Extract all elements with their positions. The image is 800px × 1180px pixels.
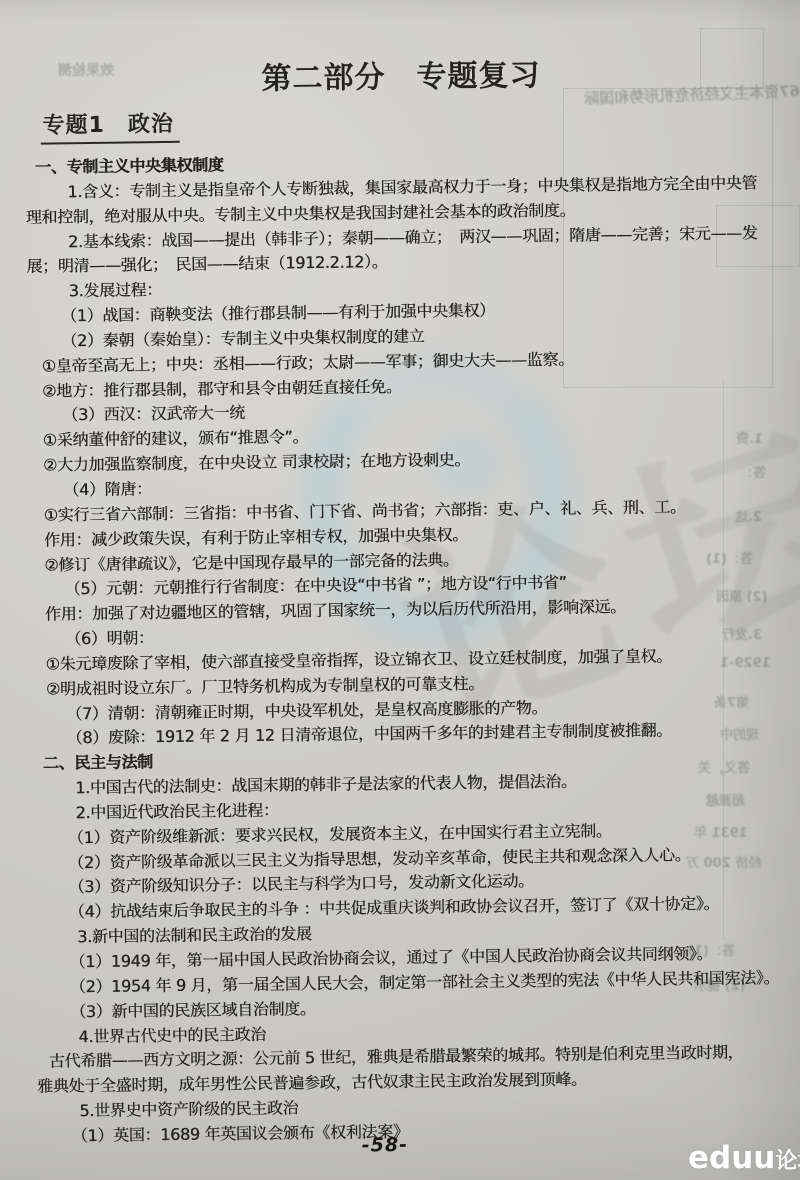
eduu-brand-text: eduu	[688, 1140, 775, 1176]
eduu-forum-logo: eduu论坛	[688, 1140, 800, 1176]
page-title: 第二部分 专题复习	[0, 46, 800, 101]
page-content: 第二部分 专题复习 专题1 政治 一、专制主义中央集权制度 1.含义：专制主义是…	[0, 0, 800, 1180]
body-text: 一、专制主义中央集权制度 1.含义：专制主义是指皇帝个人专断独裁，集国家最高权力…	[25, 145, 778, 1148]
eduu-suffix-text: 论坛	[775, 1149, 800, 1174]
section-heading: 专题1 政治	[40, 107, 180, 145]
scanned-book-page: 67资本主义经济危机形势和国际 1.资 答： 2.这 答：(1) (2) 原因 …	[0, 0, 800, 1180]
page-number: -58-	[345, 1134, 425, 1157]
